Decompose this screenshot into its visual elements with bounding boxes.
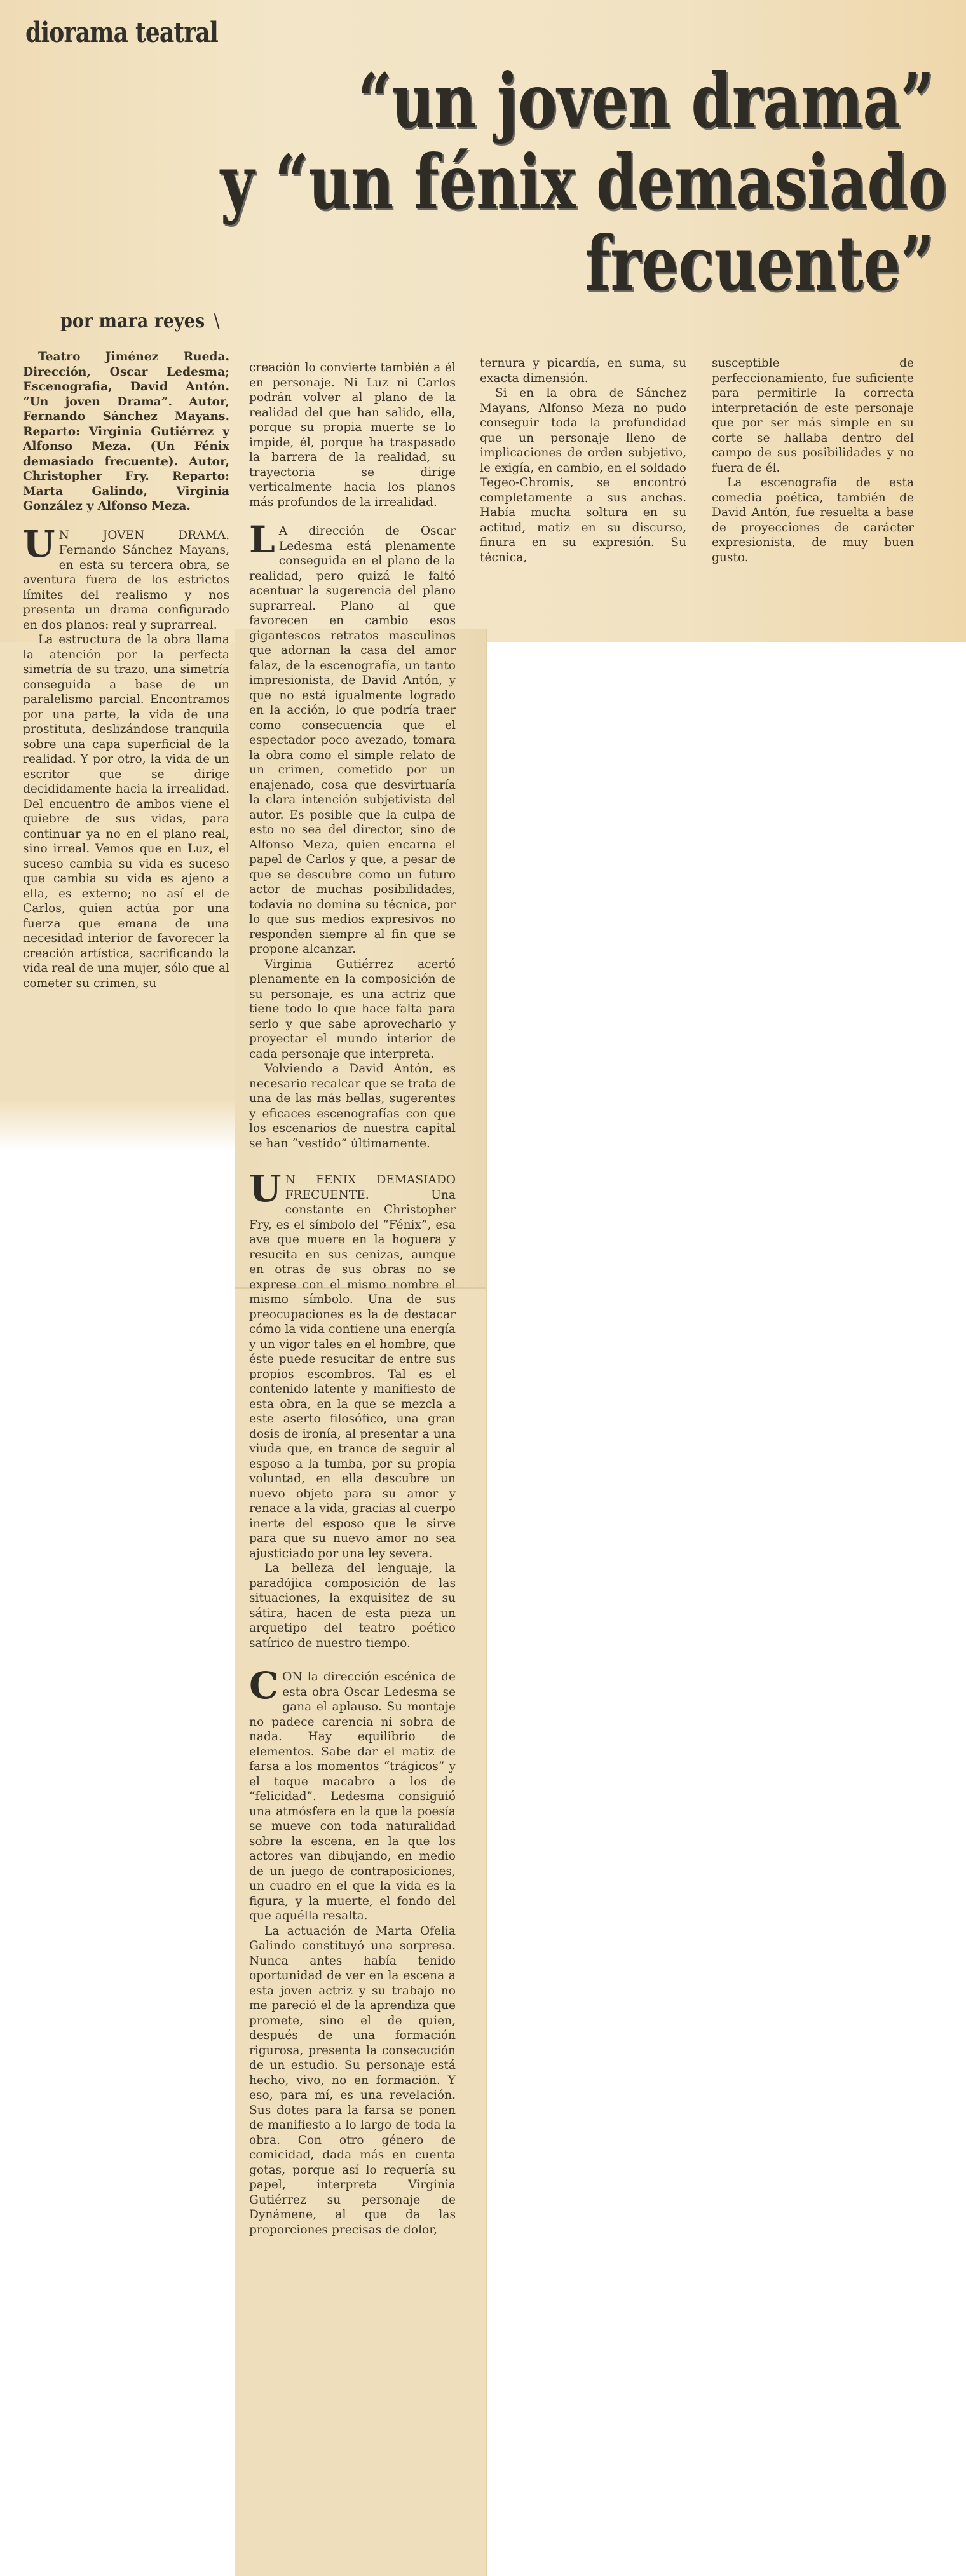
- paragraph-text: A dirección de Oscar Ledesma está plenam…: [249, 524, 456, 956]
- article-column-1: Teatro Jiménez Rueda. Dirección, Oscar L…: [23, 350, 229, 991]
- section-direccion-paragraph-2: Virginia Gutiérrez acertó plenamente en …: [249, 957, 456, 1062]
- section-label: diorama teatral: [25, 17, 218, 49]
- section-joven-lead: UN JOVEN DRAMA. Fernando Sánchez Mayans,…: [23, 528, 229, 633]
- byline-author: por mara reyes: [60, 310, 205, 332]
- headline-line-3: frecuente”: [221, 223, 934, 304]
- paragraph-text: ON la dirección escénica de esta obra Os…: [249, 1670, 456, 1923]
- section-fenix-lead: UN FENIX DEMASIADO FRECUENTE. Una consta…: [249, 1173, 456, 1561]
- article-column-4: susceptible de perfeccionamiento, fue su…: [712, 356, 914, 565]
- section-direccion-paragraph-3: Volviendo a David Antón, es necesario re…: [249, 1061, 456, 1151]
- headline-line-2: y “un fénix demasiado: [221, 142, 934, 223]
- section-con-paragraph-3-continuation: susceptible de perfeccionamiento, fue su…: [712, 356, 914, 475]
- section-con-lead: CON la dirección escénica de esta obra O…: [249, 1670, 456, 1924]
- section-con-paragraph-2-continuation: ternura y picardía, en suma, su exacta d…: [480, 356, 686, 386]
- dropcap: U: [23, 529, 55, 559]
- section-con-paragraph-2: La actuación de Marta Ofelia Galindo con…: [249, 1924, 456, 2238]
- section-con-paragraph-3: Si en la obra de Sánchez Mayans, Alfonso…: [480, 386, 686, 565]
- article-column-3: ternura y picardía, en suma, su exacta d…: [480, 356, 686, 565]
- section-joven-paragraph-2: La estructura de la obra llama la atenci…: [23, 632, 229, 991]
- credits-paragraph: Teatro Jiménez Rueda. Dirección, Oscar L…: [23, 350, 229, 514]
- headline: “un joven drama” y “un fénix demasiado f…: [221, 60, 934, 304]
- headline-line-1: “un joven drama”: [221, 60, 934, 142]
- article-column-2: creación lo convierte también a él en pe…: [249, 360, 456, 2237]
- byline-mark: \: [214, 310, 220, 332]
- dropcap: U: [249, 1174, 282, 1203]
- section-fenix-paragraph-2: La belleza del lenguaje, la paradójica c…: [249, 1561, 456, 1651]
- section-direccion-lead: LA dirección de Oscar Ledesma está plena…: [249, 524, 456, 957]
- section-joven-continuation: creación lo convierte también a él en pe…: [249, 360, 456, 510]
- blank-area-right: [486, 642, 966, 2576]
- dropcap: L: [249, 525, 275, 554]
- section-con-paragraph-4: La escenografía de esta comedia poética,…: [712, 475, 914, 565]
- paragraph-text: N FENIX DEMASIADO FRECUENTE. Una constan…: [249, 1173, 456, 1560]
- byline: por mara reyes\: [60, 310, 220, 332]
- dropcap: C: [249, 1671, 278, 1700]
